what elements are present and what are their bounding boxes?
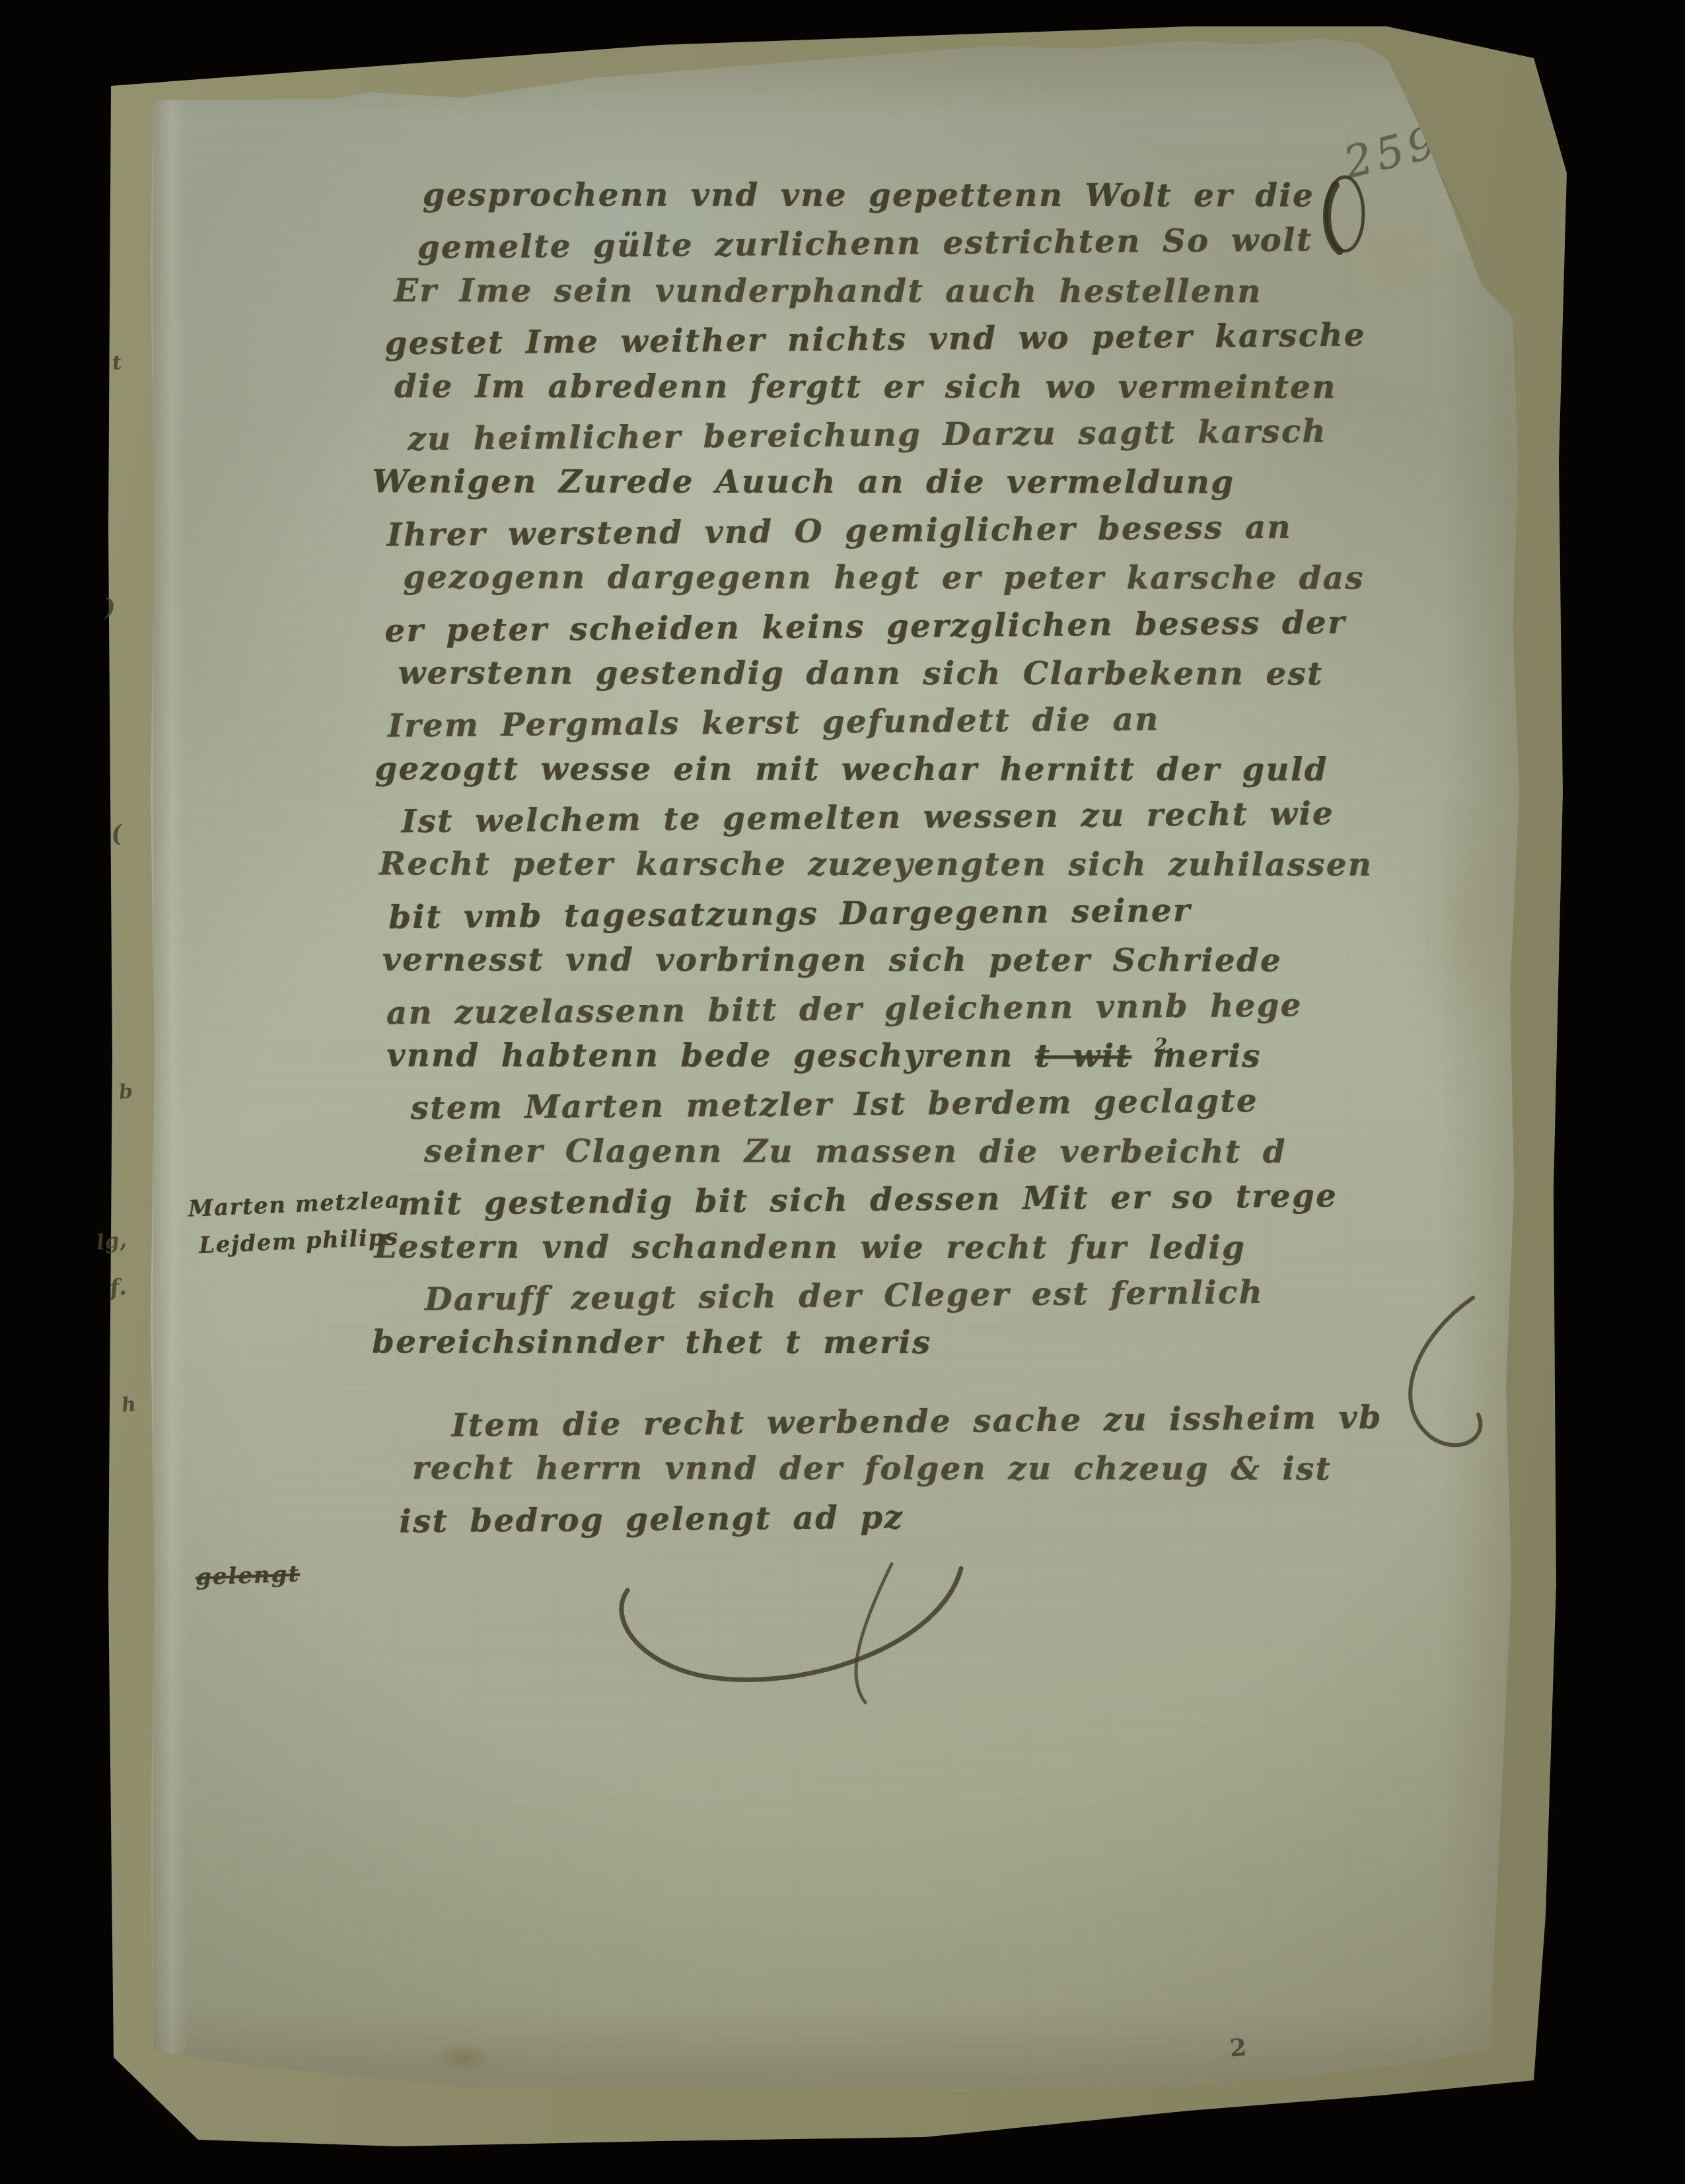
manuscript-line: er peter scheiden keins gerzglichen bese… [384, 602, 1503, 660]
stain [433, 2043, 495, 2073]
text-block: gesprochenn vnd vne gepettenn Wolt er di… [390, 174, 1506, 1548]
manuscript-line: werstenn gestendig dann sich Clarbekenn … [398, 654, 1503, 703]
margin-note-plaintiff: Marten metzlea Lejdem philips [188, 1181, 403, 1265]
manuscript-line: gemelte gülte zurlichenn estrichten So w… [417, 220, 1501, 277]
manuscript-line: die Im abredenn fergtt er sich wo vermei… [394, 368, 1501, 417]
manuscript-line: stem Marten metzler Ist berdem geclagte [410, 1080, 1505, 1138]
manuscript-line: mit gestendig bit sich dessen Mit er so … [398, 1176, 1505, 1234]
edge-mark: b [118, 1080, 134, 1104]
edge-mark: lg, [95, 1227, 127, 1255]
manuscript-line: ist bedrog gelengt ad pz [399, 1493, 1507, 1551]
manuscript-line: Daruff zeugt sich der Cleger est fernlic… [425, 1272, 1506, 1329]
manuscript-line: Recht peter karsche zuzeyengten sich zuh… [379, 846, 1503, 895]
manuscript-line: gestet Ime weither nichts vnd wo peter k… [384, 316, 1501, 373]
manuscript-line: seiner Clagenn Zu massen die verbeicht d [424, 1133, 1505, 1181]
manuscript-scan: t ) ( b lg, f. h 259 gesprochenn vnd vne… [0, 0, 1685, 2184]
edge-mark: f. [108, 1274, 127, 1302]
manuscript-line: Ist welchem te gemelten wessen zu recht … [401, 794, 1503, 851]
manuscript-line: gezogenn dargegenn hegt er peter karsche… [403, 559, 1502, 608]
manuscript-line: an zuzelassenn bitt der gleichenn vnnb h… [386, 985, 1505, 1042]
manuscript-page: 259 gesprochenn vnd vne gepettenn Wolt e… [0, 0, 1685, 2184]
manuscript-line: Wenigen Zurede Auuch an die vermeldung [372, 464, 1501, 512]
manuscript-line: Lestern vnd schandenn wie recht fur ledi… [375, 1228, 1505, 1277]
manuscript-line: gezogtt wesse ein mit wechar hernitt der… [375, 750, 1503, 799]
manuscript-line: gesprochenn vnd vne gepettenn Wolt er di… [423, 176, 1501, 225]
line-segment: vnnd habtenn bede geschyrenn [386, 1037, 1013, 1074]
gathering-number: 2 [1229, 2033, 1248, 2062]
struck-margin-note: gelengt [195, 1561, 300, 1590]
manuscript-line: Item die recht werbende sache zu issheim… [451, 1398, 1506, 1455]
manuscript-line: vernesst vnd vorbringen sich peter Schri… [382, 942, 1504, 991]
manuscript-line: Er Ime sein vunderphandt auch hestellenn [394, 272, 1501, 321]
manuscript-line: Irem Pergmals kerst gefundett die an [388, 698, 1503, 756]
edge-mark: h [120, 1393, 137, 1417]
manuscript-line: bereichsinnder thet t meris [372, 1324, 1505, 1373]
manuscript-line: vnnd habtenn bede geschyrenn t wit meris [386, 1037, 1504, 1086]
manuscript-line: recht herrn vnnd der folgen zu chzeug & … [412, 1450, 1506, 1498]
struck-text: t wit [1035, 1038, 1131, 1074]
manuscript-line: bit vmb tagesatzungs Dargegenn seiner [388, 890, 1504, 947]
superscript-annotation: 2. [1155, 1034, 1174, 1056]
flourish-swash-icon [1367, 1288, 1519, 1460]
flourish-swash-icon [581, 1552, 1017, 1710]
manuscript-line: Ihrer werstend vnd O gemiglicher besess … [387, 507, 1503, 564]
paper-edge-shading [153, 99, 188, 2054]
manuscript-line: zu heimlicher bereichung Darzu sagtt kar… [408, 411, 1502, 469]
